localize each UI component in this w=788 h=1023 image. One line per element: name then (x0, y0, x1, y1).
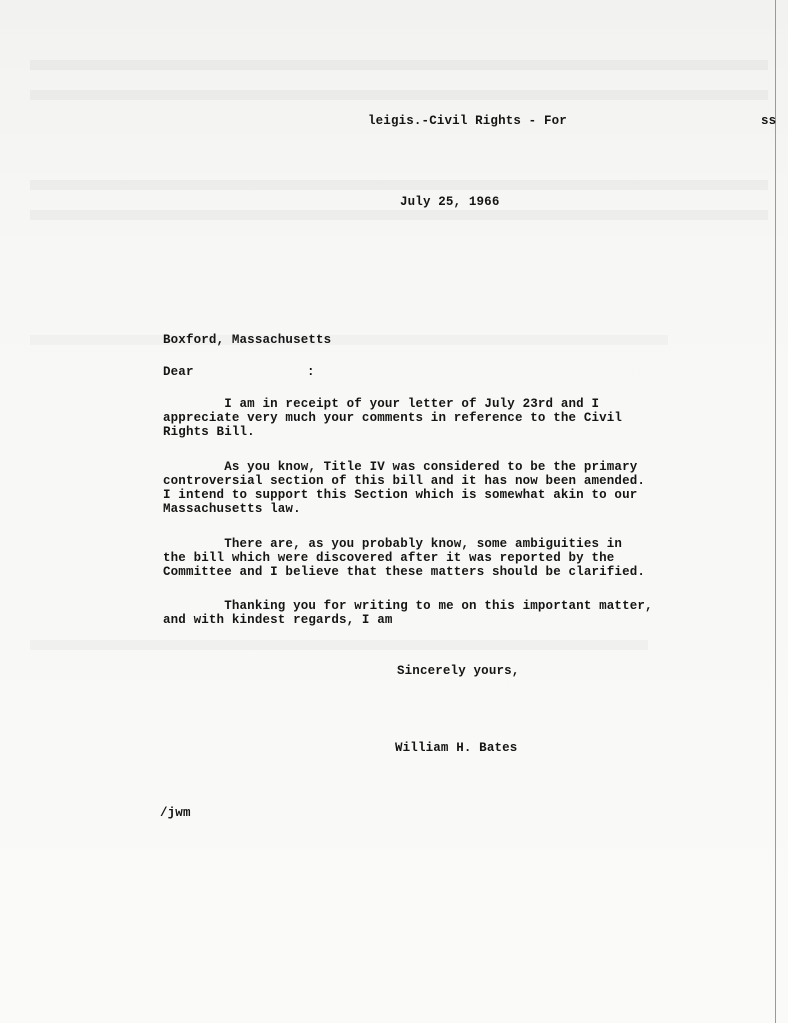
salutation-word: Dear (163, 365, 194, 379)
scan-artifact (30, 180, 768, 190)
scan-artifact (30, 90, 768, 100)
scan-artifact (30, 335, 668, 345)
scan-artifact (30, 210, 768, 220)
paragraph-4: Thanking you for writing to me on this i… (163, 599, 663, 627)
page-edge (775, 0, 776, 1023)
file-label: leigis.-Civil Rights - For (368, 114, 567, 128)
recipient-address: Boxford, Massachusetts (163, 333, 331, 347)
paragraph-1: I am in receipt of your letter of July 2… (163, 397, 663, 439)
corner-mark: ss (761, 114, 776, 128)
letter-date: July 25, 1966 (400, 195, 499, 209)
scan-artifact (30, 60, 768, 70)
paragraph-3: There are, as you probably know, some am… (163, 537, 663, 579)
salutation-end: : (307, 365, 315, 379)
closing: Sincerely yours, (397, 664, 519, 678)
scan-artifact (30, 640, 648, 650)
paragraph-2: As you know, Title IV was considered to … (163, 460, 663, 516)
typist-initials: /jwm (160, 806, 191, 820)
signature-name: William H. Bates (395, 741, 517, 755)
letter-page: leigis.-Civil Rights - For ss July 25, 1… (0, 0, 788, 1023)
